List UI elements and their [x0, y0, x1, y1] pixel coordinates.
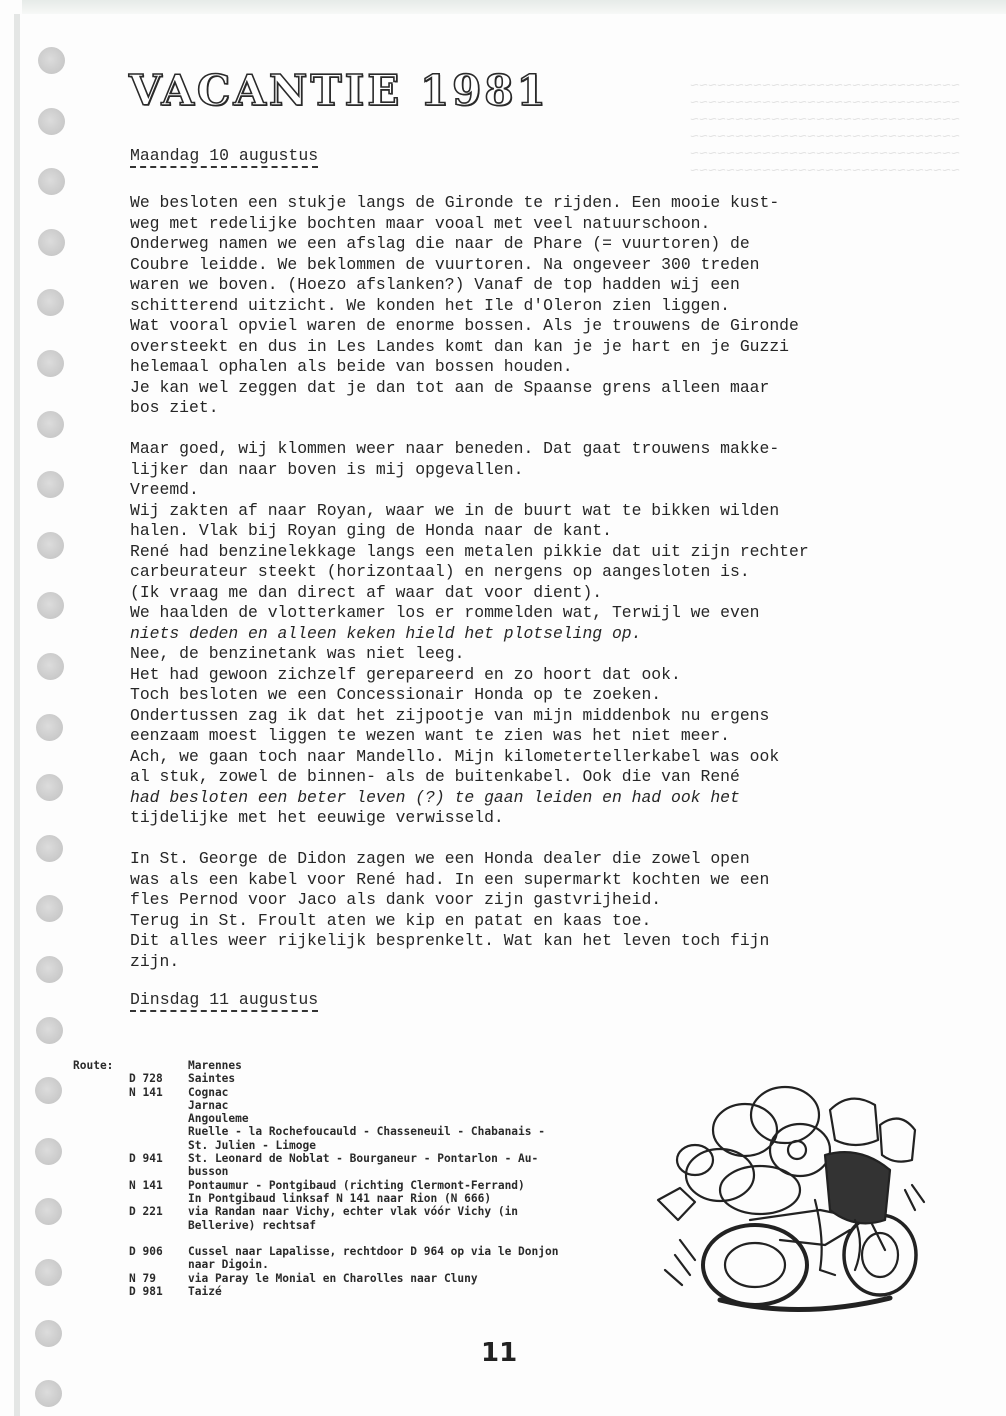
text-line: Nee, de benzinetank was niet leeg. — [130, 644, 950, 665]
text-line: (Ik vraag me dan direct af waar dat voor… — [130, 583, 950, 604]
text-line: Wij zakten af naar Royan, waar we in de … — [130, 501, 950, 522]
binder-hole — [38, 108, 65, 135]
route-label — [73, 1285, 129, 1298]
route-row: In Pontgibaud linksaf N 141 naar Rion (N… — [73, 1192, 673, 1205]
route-destination: Bellerive) rechtsaf — [188, 1219, 316, 1232]
text-line: We besloten een stukje langs de Gironde … — [130, 193, 950, 214]
route-label — [73, 1152, 129, 1165]
route-destination: Jarnac — [188, 1099, 228, 1112]
route-row: St. Julien - Limoge — [73, 1139, 673, 1152]
text-line: Wat vooral opviel waren de enorme bossen… — [130, 316, 950, 337]
binder-hole — [36, 714, 63, 741]
text-line: Het had gewoon zichzelf gerepareerd en z… — [130, 665, 950, 686]
binder-hole — [37, 653, 64, 680]
route-destination: Cussel naar Lapalisse, rechtdoor D 964 o… — [188, 1245, 558, 1258]
page-edge-left — [14, 14, 20, 1416]
route-road-number — [129, 1139, 188, 1152]
page-edge-top — [22, 0, 1006, 14]
text-line: eenzaam moest liggen te wezen want te zi… — [130, 726, 950, 747]
route-road-number — [129, 1112, 188, 1125]
route-label — [73, 1125, 129, 1138]
route-row: Jarnac — [73, 1099, 673, 1112]
text-line: Maar goed, wij klommen weer naar beneden… — [130, 439, 950, 460]
binder-hole — [37, 532, 64, 559]
route-row: Bellerive) rechtsaf — [73, 1219, 673, 1232]
text-line: helemaal ophalen als beide van bossen ho… — [130, 357, 950, 378]
route-destination: Saintes — [188, 1072, 235, 1085]
route-destination: Taizé — [188, 1285, 222, 1298]
route-destination: naar Digoin. — [188, 1258, 269, 1271]
text-line: was als een kabel voor René had. In een … — [130, 870, 950, 891]
binder-hole — [35, 1259, 62, 1286]
text-line: Vreemd. — [130, 480, 950, 501]
route-label — [73, 1192, 129, 1205]
route-road-number — [129, 1192, 188, 1205]
monday-body-text: We besloten een stukje langs de Gironde … — [130, 193, 950, 972]
route-row: busson — [73, 1165, 673, 1178]
page-number: 11 — [481, 1338, 517, 1368]
route-row: D 941St. Leonard de Noblat - Bourganeur … — [73, 1152, 673, 1165]
text-line: tijdelijke met het eeuwige verwisseld. — [130, 808, 950, 829]
text-line: lijker dan naar boven is mij opgevallen. — [130, 460, 950, 481]
binder-hole — [36, 1017, 63, 1044]
route-label — [73, 1112, 129, 1125]
route-destination: St. Leonard de Noblat - Bourganeur - Pon… — [188, 1152, 538, 1165]
page-title: VACANTIE 1981 — [129, 66, 549, 115]
route-label — [73, 1219, 129, 1232]
text-line: Je kan wel zeggen dat je dan tot aan de … — [130, 378, 950, 399]
route-label — [73, 1165, 129, 1178]
route-row: N 141Pontaumur - Pontgibaud (richting Cl… — [73, 1179, 673, 1192]
text-line: Ondertussen zag ik dat het zijpootje van… — [130, 706, 950, 727]
route-label — [73, 1099, 129, 1112]
route-row: Ruelle - la Rochefoucauld - Chasseneuil … — [73, 1125, 673, 1138]
binder-hole — [37, 350, 64, 377]
route-label — [73, 1272, 129, 1285]
route-destination: In Pontgibaud linksaf N 141 naar Rion (N… — [188, 1192, 491, 1205]
binder-hole — [35, 1380, 62, 1407]
text-line: We haalden de vlotterkamer los er rommel… — [130, 603, 950, 624]
binder-hole — [35, 1320, 62, 1347]
route-destination: Cognac — [188, 1086, 228, 1099]
text-line: oversteekt en dus in Les Landes komt dan… — [130, 337, 950, 358]
route-road-number — [129, 1165, 188, 1178]
route-row: naar Digoin. — [73, 1258, 673, 1271]
binder-hole — [37, 411, 64, 438]
text-line: zijn. — [130, 952, 950, 973]
route-destination: busson — [188, 1165, 228, 1178]
route-label — [73, 1258, 129, 1271]
route-road-number — [129, 1258, 188, 1271]
route-road-number: D 728 — [129, 1072, 188, 1085]
route-destination: via Paray le Monial en Charolles naar Cl… — [188, 1272, 478, 1285]
route-road-number: N 79 — [129, 1272, 188, 1285]
route-road-number: D 906 — [129, 1245, 188, 1258]
motorcycle-riders-cartoon-icon — [650, 1070, 950, 1320]
binder-hole — [36, 956, 63, 983]
route-row: N 141Cognac — [73, 1086, 673, 1099]
route-label — [73, 1086, 129, 1099]
binder-hole — [37, 471, 64, 498]
route-label — [73, 1179, 129, 1192]
binder-hole — [35, 1138, 62, 1165]
route-destination: Marennes — [188, 1059, 242, 1072]
route-destination: Ruelle - la Rochefoucauld - Chasseneuil … — [188, 1125, 545, 1138]
text-line: Dit alles weer rijkelijk besprenkelt. Wa… — [130, 931, 950, 952]
route-road-number — [129, 1125, 188, 1138]
bleed-through-texture: ~~~~~~~~~~~~~~~~~~~~~~~~~~~~~~ ~~~~~~~~~… — [690, 78, 960, 180]
route-label — [73, 1245, 129, 1258]
binder-hole — [37, 592, 64, 619]
route-row: D 221via Randan naar Vichy, echter vlak … — [73, 1205, 673, 1218]
text-line: weg met redelijke bochten maar vooal met… — [130, 214, 950, 235]
section-heading-monday: Maandag 10 augustus — [130, 146, 318, 168]
text-line: niets deden en alleen keken hield het pl… — [130, 624, 950, 645]
route-road-number: D 221 — [129, 1205, 188, 1218]
binder-hole — [37, 289, 64, 316]
text-line: René had benzinelekkage langs een metale… — [130, 542, 950, 563]
text-line: Toch besloten we een Concessionair Honda… — [130, 685, 950, 706]
route-row: Angouleme — [73, 1112, 673, 1125]
binder-hole — [35, 1077, 62, 1104]
route-row: D 981Taizé — [73, 1285, 673, 1298]
text-line: Coubre leidde. We beklommen de vuurtoren… — [130, 255, 950, 276]
route-list: Route:MarennesD 728SaintesN 141CognacJar… — [73, 1059, 673, 1298]
route-destination: St. Julien - Limoge — [188, 1139, 316, 1152]
route-row: N 79via Paray le Monial en Charolles naa… — [73, 1272, 673, 1285]
text-line: carbeurateur steekt (horizontaal) en ner… — [130, 562, 950, 583]
scanned-page: ~~~~~~~~~~~~~~~~~~~~~~~~~~~~~~ ~~~~~~~~~… — [0, 0, 1006, 1416]
route-label — [73, 1072, 129, 1085]
route-destination: Pontaumur - Pontgibaud (richting Clermon… — [188, 1179, 525, 1192]
route-road-number: N 141 — [129, 1086, 188, 1099]
binder-hole — [36, 895, 63, 922]
binder-hole — [38, 168, 65, 195]
text-line: Ach, we gaan toch naar Mandello. Mijn ki… — [130, 747, 950, 768]
text-line: had besloten een beter leven (?) te gaan… — [130, 788, 950, 809]
text-line: halen. Vlak bij Royan ging de Honda naar… — [130, 521, 950, 542]
route-road-number — [129, 1219, 188, 1232]
route-destination: Angouleme — [188, 1112, 249, 1125]
route-row: D 906Cussel naar Lapalisse, rechtdoor D … — [73, 1245, 673, 1258]
binder-hole — [38, 47, 65, 74]
binder-hole — [35, 1198, 62, 1225]
binder-hole — [38, 229, 65, 256]
section-heading-tuesday: Dinsdag 11 augustus — [130, 990, 318, 1012]
paragraph-gap — [130, 829, 950, 850]
route-road-number — [129, 1099, 188, 1112]
text-line: schitterend uitzicht. We konden het Ile … — [130, 296, 950, 317]
route-label — [73, 1205, 129, 1218]
text-line: waren we boven. (Hoezo afslanken?) Vanaf… — [130, 275, 950, 296]
route-road-number: N 141 — [129, 1179, 188, 1192]
route-road-number: D 941 — [129, 1152, 188, 1165]
text-line: fles Pernod voor Jaco als dank voor zijn… — [130, 890, 950, 911]
route-road-number: D 981 — [129, 1285, 188, 1298]
binder-hole — [36, 774, 63, 801]
route-row: Route:Marennes — [73, 1059, 673, 1072]
binder-hole — [36, 835, 63, 862]
route-row: D 728Saintes — [73, 1072, 673, 1085]
route-label: Route: — [73, 1059, 129, 1072]
route-gap — [73, 1232, 673, 1245]
text-line: al stuk, zowel de binnen- als de buitenk… — [130, 767, 950, 788]
text-line: In St. George de Didon zagen we een Hond… — [130, 849, 950, 870]
route-label — [73, 1139, 129, 1152]
route-destination: via Randan naar Vichy, echter vlak vóór … — [188, 1205, 518, 1218]
paragraph-gap — [130, 419, 950, 440]
route-road-number — [129, 1059, 188, 1072]
text-line: bos ziet. — [130, 398, 950, 419]
text-line: Onderweg namen we een afslag die naar de… — [130, 234, 950, 255]
text-line: Terug in St. Froult aten we kip en patat… — [130, 911, 950, 932]
